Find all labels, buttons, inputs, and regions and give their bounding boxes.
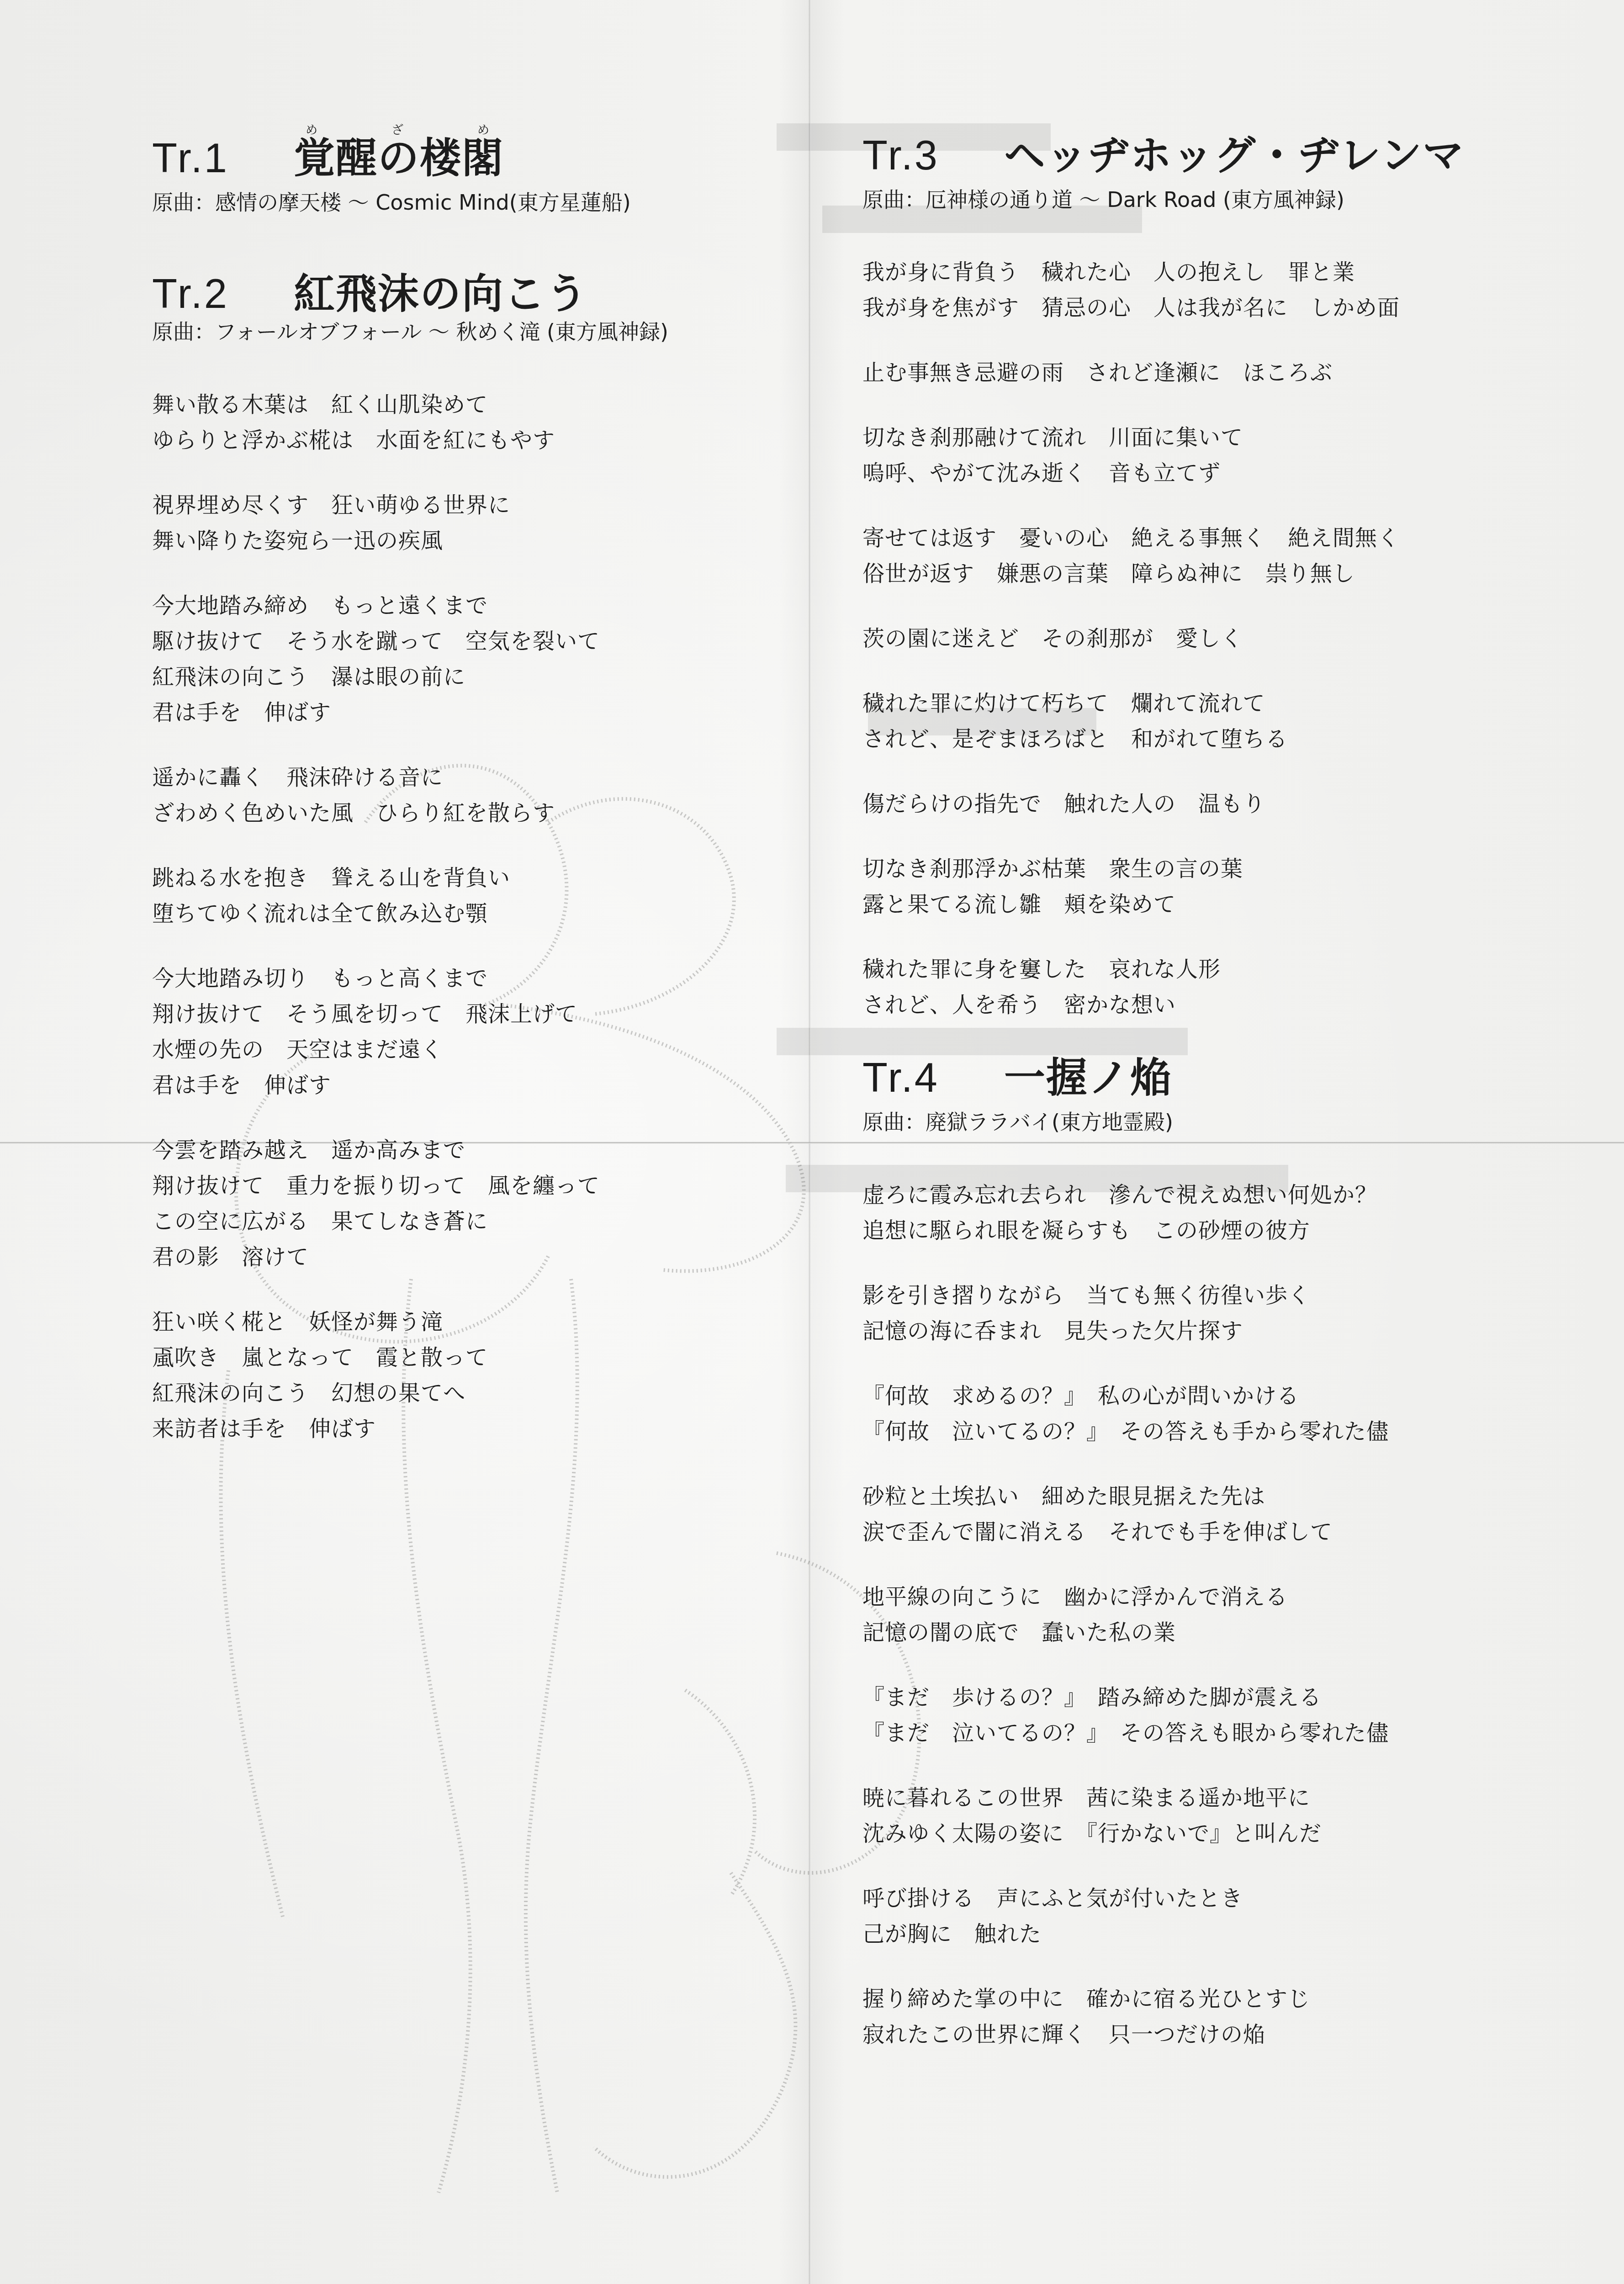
stanza: 跳ねる水を抱き 聳える山を背負い 堕ちてゆく流れは全て飲み込む顎: [152, 860, 792, 931]
lyric-line: 舞い散る木葉は 紅く山肌染めて: [152, 387, 792, 423]
lyric-line: 露と果てる流し雛 頬を染めて: [862, 887, 1525, 922]
lyric-line: 寄せては返す 憂いの心 絶える事無く 絶え間無く: [862, 520, 1525, 556]
lyric-line: 涙で歪んで闇に消える それでも手を伸ばして: [862, 1514, 1525, 1550]
lyric-line: 今雲を踏み越え 遥か高みまで: [152, 1132, 792, 1168]
lyric-line: 視界埋め尽くす 狂い萌ゆる世界に: [152, 487, 792, 523]
lyric-line: 『何故 泣いてるの？』 その答えも手から零れた儘: [862, 1414, 1525, 1449]
track-number: Tr.4: [862, 1055, 1004, 1102]
stanza: 虚ろに霞み忘れ去られ 滲んで視えぬ想い何処か？ 追想に駆られ眼を凝らすも この砂…: [862, 1177, 1525, 1248]
track-title: Tr.2紅飛沫の向こう: [152, 271, 792, 318]
original-title: 厄神様の通り道 ～ Dark Road (東方風神録): [926, 187, 1344, 212]
track-number: Tr.2: [152, 271, 294, 318]
track-number: Tr.3: [862, 132, 1004, 180]
lyric-line: 穢れた罪に身を窶した 哀れな人形: [862, 952, 1525, 987]
right-column: Tr.3ヘッヂホッグ・ヂレンマ 原曲：厄神様の通り道 ～ Dark Road (…: [862, 132, 1525, 2071]
lyric-line: 追想に駆られ眼を凝らすも この砂煙の彼方: [862, 1213, 1525, 1248]
track-title: Tr.4一握ノ焔: [862, 1055, 1525, 1102]
stanza: 呼び掛ける 声にふと気が付いたとき 己が胸に 触れた: [862, 1881, 1525, 1952]
track-title-text: 一握ノ焔: [1004, 1055, 1172, 1101]
track-title: Tr.3ヘッヂホッグ・ヂレンマ: [862, 132, 1525, 180]
lyric-line: 嗚呼、やがて沈み逝く 音も立てず: [862, 455, 1525, 491]
stanza: 穢れた罪に身を窶した 哀れな人形 されど、人を希う 密かな想い: [862, 952, 1525, 1023]
original-title: 感情の摩天楼 ～ Cosmic Mind(東方星蓮船): [215, 190, 631, 215]
lyric-line: 記憶の海に呑まれ 見失った欠片探す: [862, 1313, 1525, 1349]
stanza: 今大地踏み締め もっと遠くまで 駆け抜けて そう水を蹴って 空気を裂いて 紅飛沫…: [152, 588, 792, 730]
stanza: 傷だらけの指先で 触れた人の 温もり: [862, 786, 1525, 822]
lyric-line: 我が身を焦がす 猜忌の心 人は我が名に しかめ面: [862, 290, 1525, 326]
stanza: 穢れた罪に灼けて朽ちて 爛れて流れて されど、是ぞまほろばと 和がれて堕ちる: [862, 686, 1525, 757]
stanza: 切なき刹那融けて流れ 川面に集いて 嗚呼、やがて沈み逝く 音も立てず: [862, 420, 1525, 491]
lyric-line: 駆け抜けて そう水を蹴って 空気を裂いて: [152, 624, 792, 659]
lyric-line: 翔け抜けて 重力を振り切って 風を纏って: [152, 1168, 792, 1204]
track-title-text: 覚醒の楼閣めざめ: [294, 136, 504, 181]
stanza: 切なき刹那浮かぶ枯葉 衆生の言の葉 露と果てる流し雛 頬を染めて: [862, 851, 1525, 922]
stanza: 今雲を踏み越え 遥か高みまで 翔け抜けて 重力を振り切って 風を纏って この空に…: [152, 1132, 792, 1275]
lyric-line: ゆらりと浮かぶ椛は 水面を紅にもやす: [152, 423, 792, 458]
stanza: 握り締めた掌の中に 確かに宿る光ひとすじ 寂れたこの世界に輝く 只一つだけの焔: [862, 1981, 1525, 2052]
stanza: 影を引き摺りながら 当ても無く彷徨い歩く 記憶の海に呑まれ 見失った欠片探す: [862, 1278, 1525, 1349]
stanza: 『まだ 歩けるの？』 踏み締めた脚が震える 『まだ 泣いてるの？』 その答えも眼…: [862, 1680, 1525, 1751]
lyric-line: 今大地踏み締め もっと遠くまで: [152, 588, 792, 624]
track-1: Tr.1覚醒の楼閣めざめ 原曲：感情の摩天楼 ～ Cosmic Mind(東方星…: [152, 123, 792, 216]
lyric-line: 穢れた罪に灼けて朽ちて 爛れて流れて: [862, 686, 1525, 721]
original-song: 原曲：感情の摩天楼 ～ Cosmic Mind(東方星蓮船): [152, 189, 792, 217]
stanza: 砂粒と土埃払い 細めた眼見据えた先は 涙で歪んで闇に消える それでも手を伸ばして: [862, 1479, 1525, 1550]
lyric-line: 切なき刹那融けて流れ 川面に集いて: [862, 420, 1525, 455]
lyric-line: 颪吹き 嵐となって 霞と散って: [152, 1340, 792, 1375]
stanza: 視界埋め尽くす 狂い萌ゆる世界に 舞い降りた姿宛ら一迅の疾風: [152, 487, 792, 559]
stanza: 茨の園に迷えど その刹那が 愛しく: [862, 621, 1525, 656]
lyric-line: 来訪者は手を 伸ばす: [152, 1411, 792, 1447]
lyric-line: 俗世が返す 嫌悪の言葉 障らぬ神に 祟り無し: [862, 556, 1525, 592]
lyric-line: 暁に暮れるこの世界 茜に染まる遥か地平に: [862, 1780, 1525, 1816]
stanza: 我が身に背負う 穢れた心 人の抱えし 罪と業 我が身を焦がす 猜忌の心 人は我が…: [862, 254, 1525, 326]
stanza: 『何故 求めるの？』 私の心が問いかける 『何故 泣いてるの？』 その答えも手か…: [862, 1378, 1525, 1449]
original-label: 原曲：: [862, 1110, 926, 1134]
lyric-line: この空に広がる 果てしなき蒼に: [152, 1204, 792, 1239]
lyric-line: 舞い降りた姿宛ら一迅の疾風: [152, 523, 792, 559]
lyric-line: 翔け抜けて そう風を切って 飛沫上げて: [152, 996, 792, 1032]
stanza: 暁に暮れるこの世界 茜に染まる遥か地平に 沈みゆく太陽の姿に 『行かないで』と叫…: [862, 1780, 1525, 1851]
left-column: Tr.1覚醒の楼閣めざめ 原曲：感情の摩天楼 ～ Cosmic Mind(東方星…: [152, 123, 792, 1465]
lyric-line: 我が身に背負う 穢れた心 人の抱えし 罪と業: [862, 254, 1525, 290]
track-title: Tr.1覚醒の楼閣めざめ: [152, 123, 792, 183]
lyric-line: 紅飛沫の向こう 幻想の果てへ: [152, 1375, 792, 1411]
stanza: 舞い散る木葉は 紅く山肌染めて ゆらりと浮かぶ椛は 水面を紅にもやす: [152, 387, 792, 458]
track-4: Tr.4一握ノ焔 原曲：廃獄ララバイ(東方地霊殿) 虚ろに霞み忘れ去られ 滲んで…: [862, 1055, 1525, 2052]
original-label: 原曲：: [862, 187, 926, 212]
lyric-line: 堕ちてゆく流れは全て飲み込む顎: [152, 896, 792, 931]
lyric-line: 傷だらけの指先で 触れた人の 温もり: [862, 786, 1525, 822]
lyric-line: 切なき刹那浮かぶ枯葉 衆生の言の葉: [862, 851, 1525, 887]
original-song: 原曲：廃獄ララバイ(東方地霊殿): [862, 1109, 1525, 1136]
lyric-line: 君は手を 伸ばす: [152, 695, 792, 730]
lyric-line: 己が胸に 触れた: [862, 1916, 1525, 1952]
lyric-line: 影を引き摺りながら 当ても無く彷徨い歩く: [862, 1278, 1525, 1313]
lyric-line: 遥かに轟く 飛沫砕ける音に: [152, 760, 792, 795]
lyric-line: 砂粒と土埃払い 細めた眼見据えた先は: [862, 1479, 1525, 1514]
track-3: Tr.3ヘッヂホッグ・ヂレンマ 原曲：厄神様の通り道 ～ Dark Road (…: [862, 132, 1525, 1023]
lyric-line: 茨の園に迷えど その刹那が 愛しく: [862, 621, 1525, 656]
lyric-line: ざわめく色めいた風 ひらり紅を散らす: [152, 795, 792, 831]
stanza: 止む事無き忌避の雨 されど逢瀬に ほころぶ: [862, 355, 1525, 391]
lyric-line: 紅飛沫の向こう 瀑は眼の前に: [152, 659, 792, 695]
lyric-line: 跳ねる水を抱き 聳える山を背負い: [152, 860, 792, 896]
original-song: 原曲：フォールオブフォール ～ 秋めく滝 (東方風神録): [152, 318, 792, 346]
lyric-line: 寂れたこの世界に輝く 只一つだけの焔: [862, 2017, 1525, 2052]
track-number: Tr.1: [152, 135, 294, 183]
lyric-line: 君の影 溶けて: [152, 1239, 792, 1275]
lyric-line: 止む事無き忌避の雨 されど逢瀬に ほころぶ: [862, 355, 1525, 391]
lyric-line: 『まだ 泣いてるの？』 その答えも眼から零れた儘: [862, 1715, 1525, 1751]
lyric-line: 握り締めた掌の中に 確かに宿る光ひとすじ: [862, 1981, 1525, 2017]
lyric-line: 君は手を 伸ばす: [152, 1068, 792, 1103]
lyric-line: 沈みゆく太陽の姿に 『行かないで』と叫んだ: [862, 1816, 1525, 1851]
lyric-line: されど、是ぞまほろばと 和がれて堕ちる: [862, 721, 1525, 757]
track-title-text: ヘッヂホッグ・ヂレンマ: [1004, 133, 1465, 179]
lyric-line: 『何故 求めるの？』 私の心が問いかける: [862, 1378, 1525, 1414]
lyric-line: されど、人を希う 密かな想い: [862, 987, 1525, 1023]
original-song: 原曲：厄神様の通り道 ～ Dark Road (東方風神録): [862, 186, 1525, 214]
stanza: 寄せては返す 憂いの心 絶える事無く 絶え間無く 俗世が返す 嫌悪の言葉 障らぬ…: [862, 520, 1525, 592]
lyric-line: 水煙の先の 天空はまだ遠く: [152, 1032, 792, 1068]
track-2: Tr.2紅飛沫の向こう 原曲：フォールオブフォール ～ 秋めく滝 (東方風神録)…: [152, 271, 792, 1446]
lyric-line: 虚ろに霞み忘れ去られ 滲んで視えぬ想い何処か？: [862, 1177, 1525, 1213]
original-label: 原曲：: [152, 190, 215, 215]
original-title: フォールオブフォール ～ 秋めく滝 (東方風神録): [215, 319, 668, 344]
stanza: 地平線の向こうに 幽かに浮かんで消える 記憶の闇の底で 蠢いた私の業: [862, 1579, 1525, 1650]
lyric-line: 狂い咲く椛と 妖怪が舞う滝: [152, 1304, 792, 1340]
original-label: 原曲：: [152, 319, 215, 344]
lyric-line: 地平線の向こうに 幽かに浮かんで消える: [862, 1579, 1525, 1615]
lyric-line: 『まだ 歩けるの？』 踏み締めた脚が震える: [862, 1680, 1525, 1715]
stanza: 今大地踏み切り もっと高くまで 翔け抜けて そう風を切って 飛沫上げて 水煙の先…: [152, 961, 792, 1103]
lyric-line: 呼び掛ける 声にふと気が付いたとき: [862, 1881, 1525, 1916]
track-title-text: 紅飛沫の向こう: [294, 271, 588, 317]
stanza: 狂い咲く椛と 妖怪が舞う滝 颪吹き 嵐となって 霞と散って 紅飛沫の向こう 幻想…: [152, 1304, 792, 1447]
original-title: 廃獄ララバイ(東方地霊殿): [926, 1110, 1173, 1134]
stanza: 遥かに轟く 飛沫砕ける音に ざわめく色めいた風 ひらり紅を散らす: [152, 760, 792, 831]
lyric-line: 記憶の闇の底で 蠢いた私の業: [862, 1615, 1525, 1650]
lyric-line: 今大地踏み切り もっと高くまで: [152, 961, 792, 996]
